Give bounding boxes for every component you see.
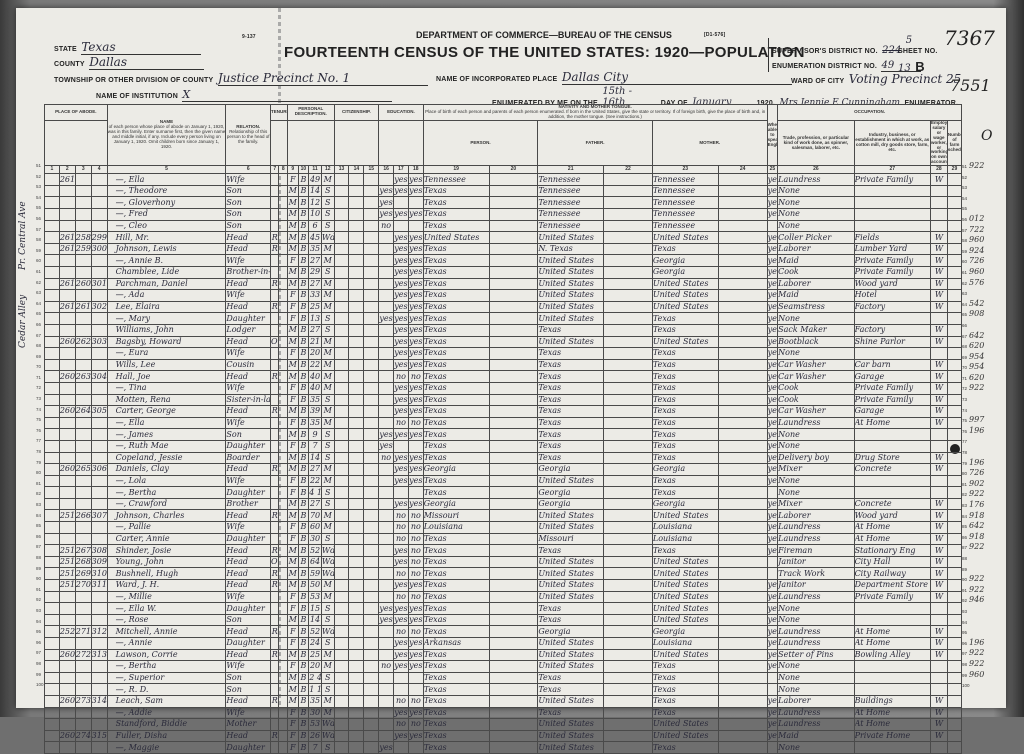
sex-cell: M: [287, 580, 298, 592]
farm-schedule-cell: [947, 638, 961, 650]
school-cell: yes: [379, 313, 394, 325]
name-cell: —, Ruth Mae: [107, 440, 226, 452]
naturalized-cell: [349, 684, 364, 696]
employer-type-cell: [930, 440, 947, 452]
marital-status-cell: M: [321, 301, 334, 313]
dwelling-number-cell: [75, 522, 91, 534]
english-cell: yes: [767, 464, 778, 476]
age-cell: 40: [309, 371, 322, 383]
trade-cell: Delivery boy: [778, 452, 854, 464]
right-line-number: 100: [962, 683, 970, 688]
street-cell: [45, 649, 60, 661]
immigration-year-cell: [334, 185, 349, 197]
birthplace-cell: Georgia: [423, 498, 489, 510]
family-number-cell: [91, 661, 107, 673]
mother-birthplace-cell: United States: [652, 290, 718, 302]
trade-subheader: Trade, profession, or particular kind of…: [778, 120, 854, 165]
employer-type-cell: W: [930, 452, 947, 464]
relation-cell: Head: [226, 649, 271, 661]
name-cell: Parchman, Daniel: [107, 278, 226, 290]
industry-cell: Concrete: [854, 464, 930, 476]
tenure-cell: R: [270, 278, 278, 290]
school-cell: [379, 417, 394, 429]
street-cell: [45, 638, 60, 650]
farm-schedule-cell: [947, 510, 961, 522]
trade-cell: Maid: [778, 290, 854, 302]
farm-schedule-cell: [947, 394, 961, 406]
mortgage-cell: [279, 580, 288, 592]
mortgage-cell: [279, 348, 288, 360]
naturalization-year-cell: [364, 661, 379, 673]
tenure-cell: R: [270, 545, 278, 557]
english-cell: [767, 568, 778, 580]
school-cell: yes: [379, 603, 394, 615]
write-cell: yes: [408, 185, 423, 197]
age-cell: 39: [309, 406, 322, 418]
birthplace-cell: Texas: [423, 406, 489, 418]
right-line-number: 62: [962, 281, 967, 286]
employer-type-cell: W: [930, 232, 947, 244]
table-row: —, GloverhonySonMB12SyesTexasTennesseeTe…: [45, 197, 962, 209]
father-tongue-cell: [604, 556, 653, 568]
employer-type-cell: W: [930, 638, 947, 650]
tenure-cell: R: [270, 371, 278, 383]
father-birthplace-cell: United States: [538, 649, 604, 661]
mother-tongue-cell: [718, 498, 767, 510]
family-number-cell: [91, 417, 107, 429]
mother-birthplace-cell: Texas: [652, 382, 718, 394]
name-cell: Lee, Elaira: [107, 301, 226, 313]
mother-birthplace-cell: United States: [652, 510, 718, 522]
tenure-cell: [270, 522, 278, 534]
naturalization-year-cell: [364, 209, 379, 221]
father-tongue-cell: [604, 672, 653, 684]
read-cell: yes: [394, 661, 409, 673]
family-number-cell: [91, 638, 107, 650]
birth-tongue-cell: [489, 174, 538, 186]
school-cell: [379, 290, 394, 302]
farm-schedule-cell: [947, 626, 961, 638]
mother-tongue-cell: [718, 614, 767, 626]
dwelling-number-cell: 272: [75, 649, 91, 661]
english-cell: [767, 487, 778, 499]
naturalization-year-cell: [364, 603, 379, 615]
mother-birthplace-cell: Texas: [652, 243, 718, 255]
school-cell: [379, 580, 394, 592]
family-number-cell: 309: [91, 556, 107, 568]
father-tongue-cell: [604, 522, 653, 534]
immigration-year-cell: [334, 649, 349, 661]
read-cell: yes: [394, 255, 409, 267]
right-line-entry: 86918: [962, 532, 1006, 543]
mortgage-cell: [279, 684, 288, 696]
mother-tongue-cell: [718, 209, 767, 221]
mother-subheader: MOTHER.: [652, 120, 767, 165]
farm-schedule-cell: [947, 301, 961, 313]
write-cell: no: [408, 545, 423, 557]
tenure-cell: Ow: [270, 336, 278, 348]
father-birthplace-cell: United States: [538, 568, 604, 580]
industry-cell: Drug Store: [854, 452, 930, 464]
mother-birthplace-cell: Georgia: [652, 498, 718, 510]
race-cell: B: [298, 568, 309, 580]
trade-cell: Mixer: [778, 464, 854, 476]
personal-subheaders: [287, 120, 334, 165]
father-birthplace-cell: Tennessee: [538, 174, 604, 186]
age-cell: 12: [309, 197, 322, 209]
read-cell: yes: [394, 556, 409, 568]
right-line-number: 60: [962, 259, 967, 264]
race-cell: B: [298, 255, 309, 267]
street-cell: [45, 278, 60, 290]
mortgage-cell: [279, 487, 288, 499]
marital-status-cell: M: [321, 475, 334, 487]
tenure-cell: [270, 487, 278, 499]
mother-birthplace-cell: Texas: [652, 359, 718, 371]
sex-cell: M: [287, 498, 298, 510]
employer-subheader: Employer, salary or wage worker, or work…: [930, 120, 947, 165]
trade-cell: None: [778, 487, 854, 499]
right-line-entry: 53: [962, 182, 1006, 193]
industry-cell: Private Family: [854, 174, 930, 186]
naturalization-year-cell: [364, 243, 379, 255]
right-line-number: 92: [962, 598, 967, 603]
race-cell: B: [298, 185, 309, 197]
citizenship-subheaders: [334, 120, 379, 165]
school-cell: no: [379, 661, 394, 673]
family-number-cell: 314: [91, 695, 107, 707]
farm-schedule-cell: [947, 591, 961, 603]
family-number-cell: [91, 533, 107, 545]
english-cell: yes: [767, 603, 778, 615]
mother-tongue-cell: [718, 243, 767, 255]
birth-tongue-cell: [489, 209, 538, 221]
industry-cell: [854, 603, 930, 615]
house-number-cell: [59, 255, 75, 267]
right-line-entry: 76196: [962, 426, 1006, 437]
street-cell: [45, 324, 60, 336]
birth-tongue-cell: [489, 313, 538, 325]
mother-birthplace-cell: United States: [652, 556, 718, 568]
employer-type-cell: [930, 348, 947, 360]
english-cell: yes: [767, 290, 778, 302]
immigration-year-cell: [334, 324, 349, 336]
sex-cell: F: [287, 301, 298, 313]
right-line-number: 52: [962, 175, 967, 180]
farm-schedule-cell: [947, 440, 961, 452]
marital-status-cell: M: [321, 464, 334, 476]
naturalized-cell: [349, 614, 364, 626]
industry-cell: At Home: [854, 626, 930, 638]
table-row: 2612260301Parchman, DanielHeadRMB27Myesy…: [45, 278, 962, 290]
house-number-cell: 2516: [59, 545, 75, 557]
industry-cell: [854, 209, 930, 221]
name-cell: —, R. D.: [107, 684, 226, 696]
naturalization-year-cell: [364, 591, 379, 603]
race-cell: B: [298, 174, 309, 186]
name-cell: Mitchell, Annie: [107, 626, 226, 638]
birth-tongue-cell: [489, 301, 538, 313]
right-line-number: 88: [962, 556, 967, 561]
father-birthplace-cell: Georgia: [538, 498, 604, 510]
write-cell: yes: [408, 313, 423, 325]
dwelling-number-cell: 271: [75, 626, 91, 638]
birthplace-cell: Texas: [423, 591, 489, 603]
immigration-year-cell: [334, 638, 349, 650]
race-cell: B: [298, 301, 309, 313]
tenure-cell: R: [270, 649, 278, 661]
write-cell: yes: [408, 394, 423, 406]
school-cell: [379, 695, 394, 707]
marital-status-cell: M: [321, 243, 334, 255]
race-cell: B: [298, 209, 309, 221]
street-cell: [45, 336, 60, 348]
relation-cell: Head: [226, 626, 271, 638]
immigration-year-cell: [334, 440, 349, 452]
mother-birthplace-cell: Texas: [652, 394, 718, 406]
relation-cell: Head: [226, 695, 271, 707]
english-cell: yes: [767, 243, 778, 255]
table-row: 2516267308Shinder, JosieHeadRMB52Wdyesno…: [45, 545, 962, 557]
column-number: 24: [718, 166, 767, 174]
english-cell: yes: [767, 209, 778, 221]
relation-cell: Daughter: [226, 487, 271, 499]
right-line-entry: 64542: [962, 299, 1006, 310]
table-row: —, CleoSonMB6SnoTexasTennesseeTennesseeN…: [45, 220, 962, 232]
school-cell: yes: [379, 440, 394, 452]
margin-note-street-1: Pr. Central Ave: [18, 201, 28, 270]
street-cell: [45, 487, 60, 499]
right-line-entry: 93: [962, 606, 1006, 617]
name-cell: Ward, J. H.: [107, 580, 226, 592]
form-code: [D1-576]: [704, 32, 725, 38]
industry-cell: [854, 614, 930, 626]
write-cell: yes: [408, 638, 423, 650]
family-number-cell: [91, 614, 107, 626]
father-tongue-cell: [604, 638, 653, 650]
right-line-entry: 60726: [962, 256, 1006, 267]
tenure-cell: [270, 452, 278, 464]
sex-cell: M: [287, 359, 298, 371]
birthplace-cell: Texas: [423, 556, 489, 568]
farm-schedule-cell: [947, 209, 961, 221]
name-cell: Bushnell, Hugh: [107, 568, 226, 580]
marital-status-cell: S: [321, 185, 334, 197]
family-number-cell: 310: [91, 568, 107, 580]
table-row: 2612—, EllaWifeFB49MyesyesTennesseeTenne…: [45, 174, 962, 186]
school-cell: [379, 522, 394, 534]
column-number: 4: [91, 166, 107, 174]
relation-cell: Wife: [226, 174, 271, 186]
occupation-code: 542: [969, 299, 984, 308]
father-birthplace-cell: United States: [538, 290, 604, 302]
sex-cell: M: [287, 209, 298, 221]
age-cell: 22: [309, 359, 322, 371]
write-cell: yes: [408, 278, 423, 290]
father-tongue-cell: [604, 533, 653, 545]
read-cell: [394, 672, 409, 684]
father-birthplace-cell: United States: [538, 661, 604, 673]
birth-tongue-cell: [489, 185, 538, 197]
tenure-cell: R: [270, 232, 278, 244]
occupation-code: 722: [969, 225, 984, 234]
industry-cell: Bowling Alley: [854, 649, 930, 661]
trade-cell: Maid: [778, 255, 854, 267]
relation-cell: Head: [226, 406, 271, 418]
school-cell: [379, 487, 394, 499]
institution-field: NAME OF INSTITUTION X: [96, 85, 392, 103]
mortgage-cell: [279, 522, 288, 534]
family-number-cell: [91, 452, 107, 464]
mother-tongue-cell: [718, 533, 767, 545]
mortgage-cell: [279, 232, 288, 244]
father-tongue-cell: [604, 603, 653, 615]
race-cell: B: [298, 220, 309, 232]
birthplace-cell: Texas: [423, 429, 489, 441]
house-number-cell: [59, 614, 75, 626]
employer-type-cell: [930, 197, 947, 209]
dwelling-number-cell: 268: [75, 556, 91, 568]
right-line-entry: 71620: [962, 373, 1006, 384]
house-number-cell: 2606: [59, 371, 75, 383]
employer-type-cell: W: [930, 406, 947, 418]
employer-type-cell: [930, 313, 947, 325]
trade-cell: None: [778, 603, 854, 615]
mortgage-cell: [279, 638, 288, 650]
sex-cell: M: [287, 220, 298, 232]
naturalization-year-cell: [364, 626, 379, 638]
employer-type-cell: W: [930, 568, 947, 580]
street-cell: [45, 556, 60, 568]
mother-birthplace-cell: Tennessee: [652, 209, 718, 221]
father-tongue-cell: [604, 695, 653, 707]
table-row: —, MillieWifeFB53MnonoTexasUnited States…: [45, 591, 962, 603]
trade-cell: Track Work: [778, 568, 854, 580]
relation-cell: Wife: [226, 255, 271, 267]
occupation-code: 954: [969, 352, 984, 361]
sex-cell: F: [287, 522, 298, 534]
birthplace-cell: Texas: [423, 545, 489, 557]
father-birthplace-cell: Texas: [538, 707, 604, 717]
family-number-cell: 304: [91, 371, 107, 383]
relation-cell: Wife: [226, 382, 271, 394]
employer-type-cell: W: [930, 371, 947, 383]
write-cell: yes: [408, 498, 423, 510]
dwelling-number-cell: 259: [75, 243, 91, 255]
tenure-cell: [270, 267, 278, 279]
mortgage-cell: [279, 591, 288, 603]
sex-cell: M: [287, 695, 298, 707]
farm-schedule-cell: [947, 371, 961, 383]
naturalized-cell: [349, 510, 364, 522]
immigration-year-cell: [334, 174, 349, 186]
immigration-year-cell: [334, 359, 349, 371]
name-cell: Williams, John: [107, 324, 226, 336]
english-cell: yes: [767, 591, 778, 603]
occupation-code: 960: [969, 235, 984, 244]
father-birthplace-cell: United States: [538, 510, 604, 522]
right-line-entry: 98922: [962, 659, 1006, 670]
tenure-cell: [270, 603, 278, 615]
marital-status-cell: S: [321, 209, 334, 221]
age-cell: 6: [309, 220, 322, 232]
mother-tongue-cell: [718, 580, 767, 592]
marital-status-cell: Wd: [321, 556, 334, 568]
employer-type-cell: [930, 684, 947, 696]
relation-cell: Head: [226, 464, 271, 476]
birth-tongue-cell: [489, 591, 538, 603]
mother-birthplace-cell: Texas: [652, 487, 718, 499]
naturalization-year-cell: [364, 522, 379, 534]
relation-cell: Brother: [226, 498, 271, 510]
naturalization-year-cell: [364, 267, 379, 279]
dwelling-number-cell: 261: [75, 301, 91, 313]
farm-schedule-cell: [947, 324, 961, 336]
write-cell: no: [408, 556, 423, 568]
write-cell: yes: [408, 464, 423, 476]
naturalized-cell: [349, 197, 364, 209]
name-cell: —, James: [107, 429, 226, 441]
tenure-cell: [270, 394, 278, 406]
mother-tongue-cell: [718, 359, 767, 371]
relation-cell: Daughter: [226, 638, 271, 650]
naturalization-year-cell: [364, 487, 379, 499]
house-number-cell: [59, 661, 75, 673]
father-birthplace-cell: Texas: [538, 382, 604, 394]
relation-cell: Daughter: [226, 533, 271, 545]
employer-type-cell: W: [930, 626, 947, 638]
industry-cell: [854, 185, 930, 197]
trade-cell: Laborer: [778, 243, 854, 255]
birth-tongue-cell: [489, 545, 538, 557]
mother-tongue-cell: [718, 371, 767, 383]
tenure-cell: [270, 324, 278, 336]
race-cell: B: [298, 417, 309, 429]
relation-cell: Son: [226, 672, 271, 684]
trade-cell: Cook: [778, 267, 854, 279]
mother-tongue-cell: [718, 591, 767, 603]
write-cell: yes: [408, 290, 423, 302]
industry-cell: [854, 348, 930, 360]
name-cell: —, Cleo: [107, 220, 226, 232]
birthplace-cell: Texas: [423, 371, 489, 383]
employer-type-cell: W: [930, 533, 947, 545]
mother-birthplace-cell: United States: [652, 580, 718, 592]
mortgage-cell: [279, 556, 288, 568]
tenure-cell: [270, 174, 278, 186]
sex-cell: F: [287, 475, 298, 487]
age-cell: 35: [309, 417, 322, 429]
occupation-code: 997: [969, 415, 984, 424]
county-value: Dallas: [89, 55, 204, 70]
race-cell: B: [298, 197, 309, 209]
mortgage-cell: [279, 533, 288, 545]
occupation-code: 918: [969, 511, 984, 520]
employer-type-cell: W: [930, 336, 947, 348]
birth-tongue-cell: [489, 626, 538, 638]
tenure-cell: R: [270, 510, 278, 522]
race-cell: B: [298, 452, 309, 464]
column-number: 11: [309, 166, 322, 174]
age-cell: 24: [309, 638, 322, 650]
family-number-cell: 302: [91, 301, 107, 313]
right-line-number: 81: [962, 482, 967, 487]
mortgage-cell: [279, 475, 288, 487]
mother-tongue-cell: [718, 429, 767, 441]
race-cell: B: [298, 672, 309, 684]
relation-cell: Head: [226, 580, 271, 592]
mother-birthplace-cell: Texas: [652, 452, 718, 464]
